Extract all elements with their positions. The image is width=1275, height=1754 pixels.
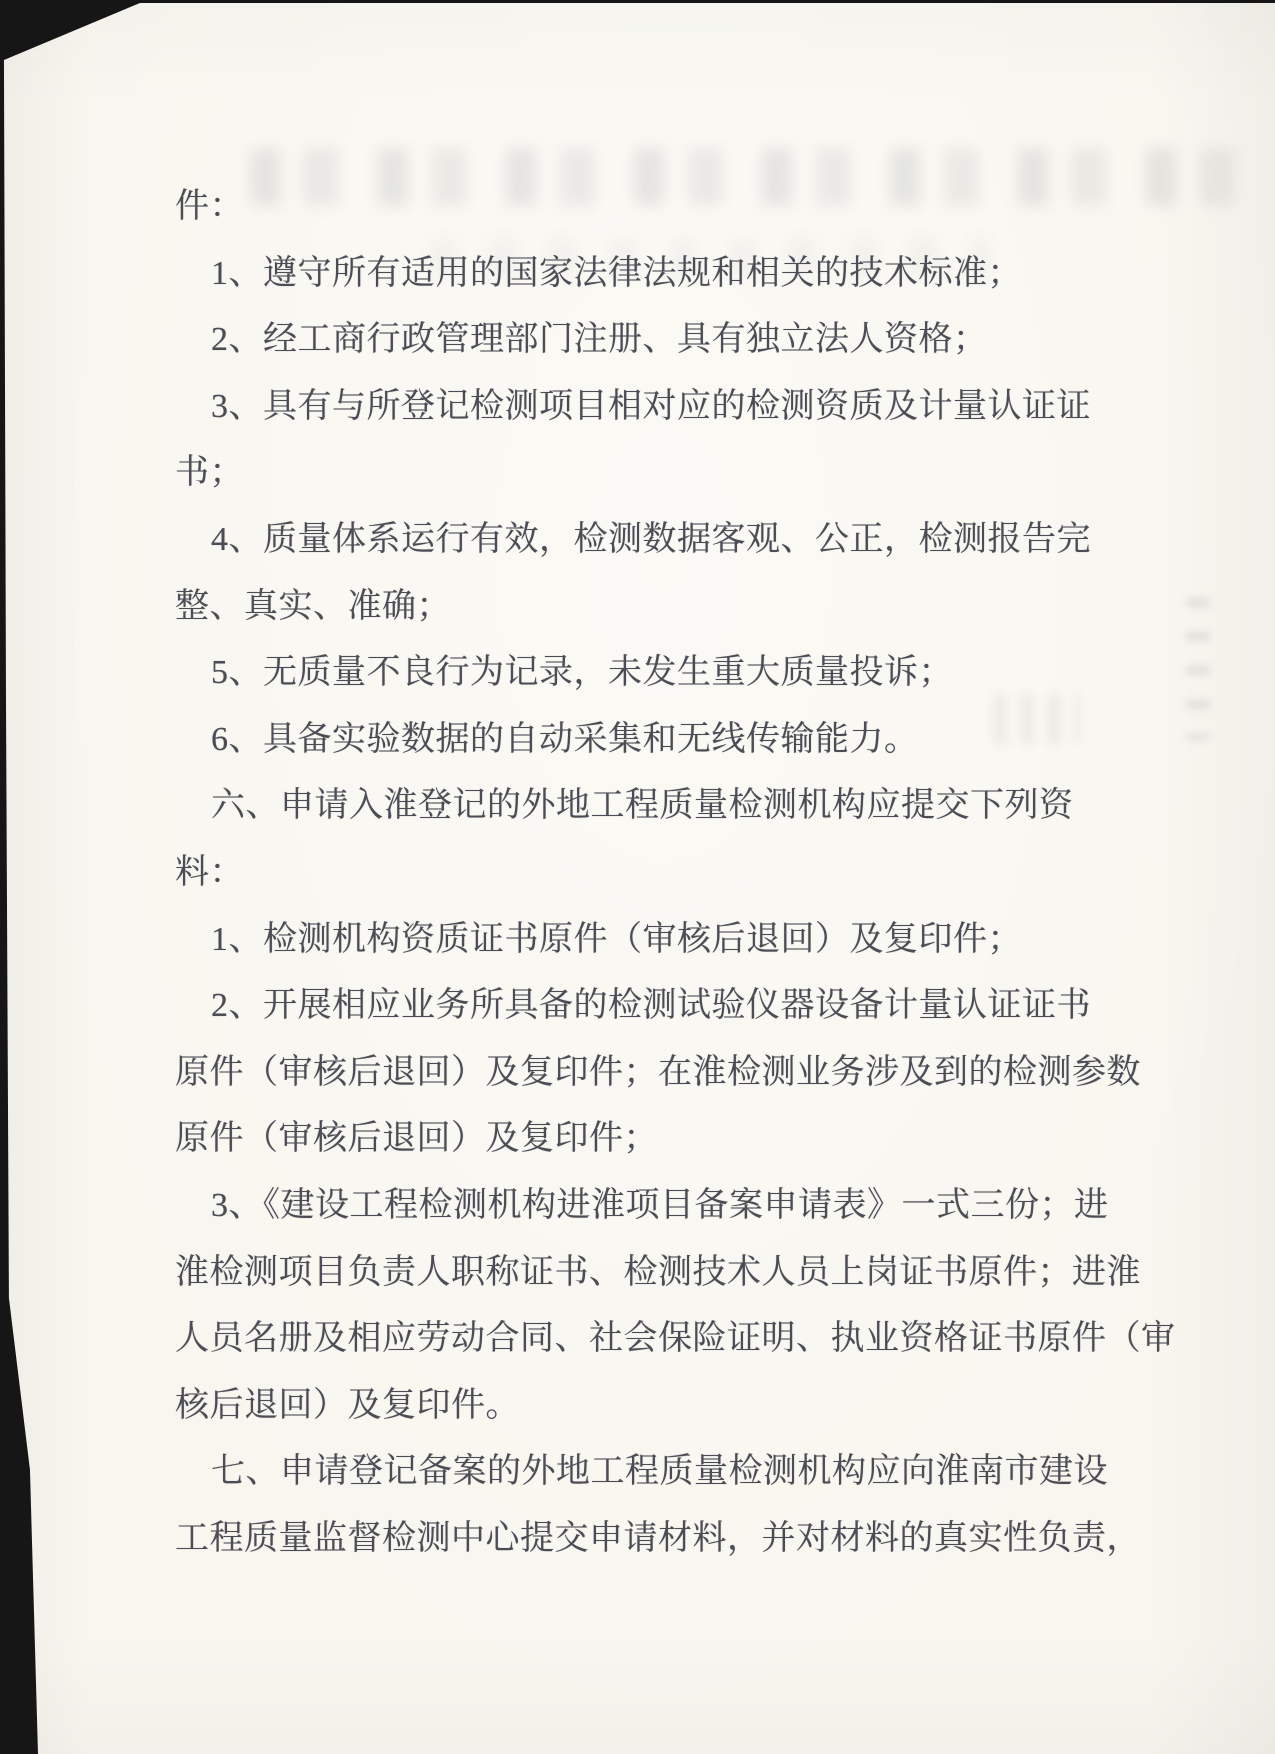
document-line: 6、具备实验数据的自动采集和无线传输能力。 bbox=[175, 707, 1175, 774]
document-line: 3、《建设工程检测机构进淮项目备案申请表》一式三份；进 bbox=[175, 1173, 1175, 1240]
document-line: 1、遵守所有适用的国家法律法规和相关的技术标准； bbox=[175, 241, 1175, 308]
document-line: 整、真实、准确； bbox=[175, 574, 1175, 641]
document-line: 原件（审核后退回）及复印件； bbox=[175, 1106, 1175, 1173]
document-line: 人员名册及相应劳动合同、社会保险证明、执业资格证书原件（审 bbox=[175, 1306, 1175, 1373]
document-line: 七、申请登记备案的外地工程质量检测机构应向淮南市建设 bbox=[175, 1439, 1175, 1506]
scanned-document-page: 件： 1、遵守所有适用的国家法律法规和相关的技术标准； 2、经工商行政管理部门注… bbox=[0, 0, 1275, 1754]
document-line: 核后退回）及复印件。 bbox=[175, 1373, 1175, 1440]
document-line: 3、具有与所登记检测项目相对应的检测资质及计量认证证 bbox=[175, 374, 1175, 441]
document-line: 书； bbox=[175, 440, 1175, 507]
document-line: 原件（审核后退回）及复印件；在淮检测业务涉及到的检测参数 bbox=[175, 1040, 1175, 1107]
document-line: 六、申请入淮登记的外地工程质量检测机构应提交下列资 bbox=[175, 773, 1175, 840]
document-line: 2、经工商行政管理部门注册、具有独立法人资格； bbox=[175, 307, 1175, 374]
document-line: 2、开展相应业务所具备的检测试验仪器设备计量认证证书 bbox=[175, 973, 1175, 1040]
document-line: 4、质量体系运行有效，检测数据客观、公正，检测报告完 bbox=[175, 507, 1175, 574]
document-line: 1、检测机构资质证书原件（审核后退回）及复印件； bbox=[175, 907, 1175, 974]
document-line: 工程质量监督检测中心提交申请材料，并对材料的真实性负责， bbox=[175, 1506, 1175, 1573]
document-line: 件： bbox=[175, 174, 1175, 241]
document-line: 淮检测项目负责人职称证书、检测技术人员上岗证书原件；进淮 bbox=[175, 1240, 1175, 1307]
document-body: 件： 1、遵守所有适用的国家法律法规和相关的技术标准； 2、经工商行政管理部门注… bbox=[175, 174, 1175, 1572]
document-line: 料： bbox=[175, 840, 1175, 907]
document-line: 5、无质量不良行为记录，未发生重大质量投诉； bbox=[175, 640, 1175, 707]
